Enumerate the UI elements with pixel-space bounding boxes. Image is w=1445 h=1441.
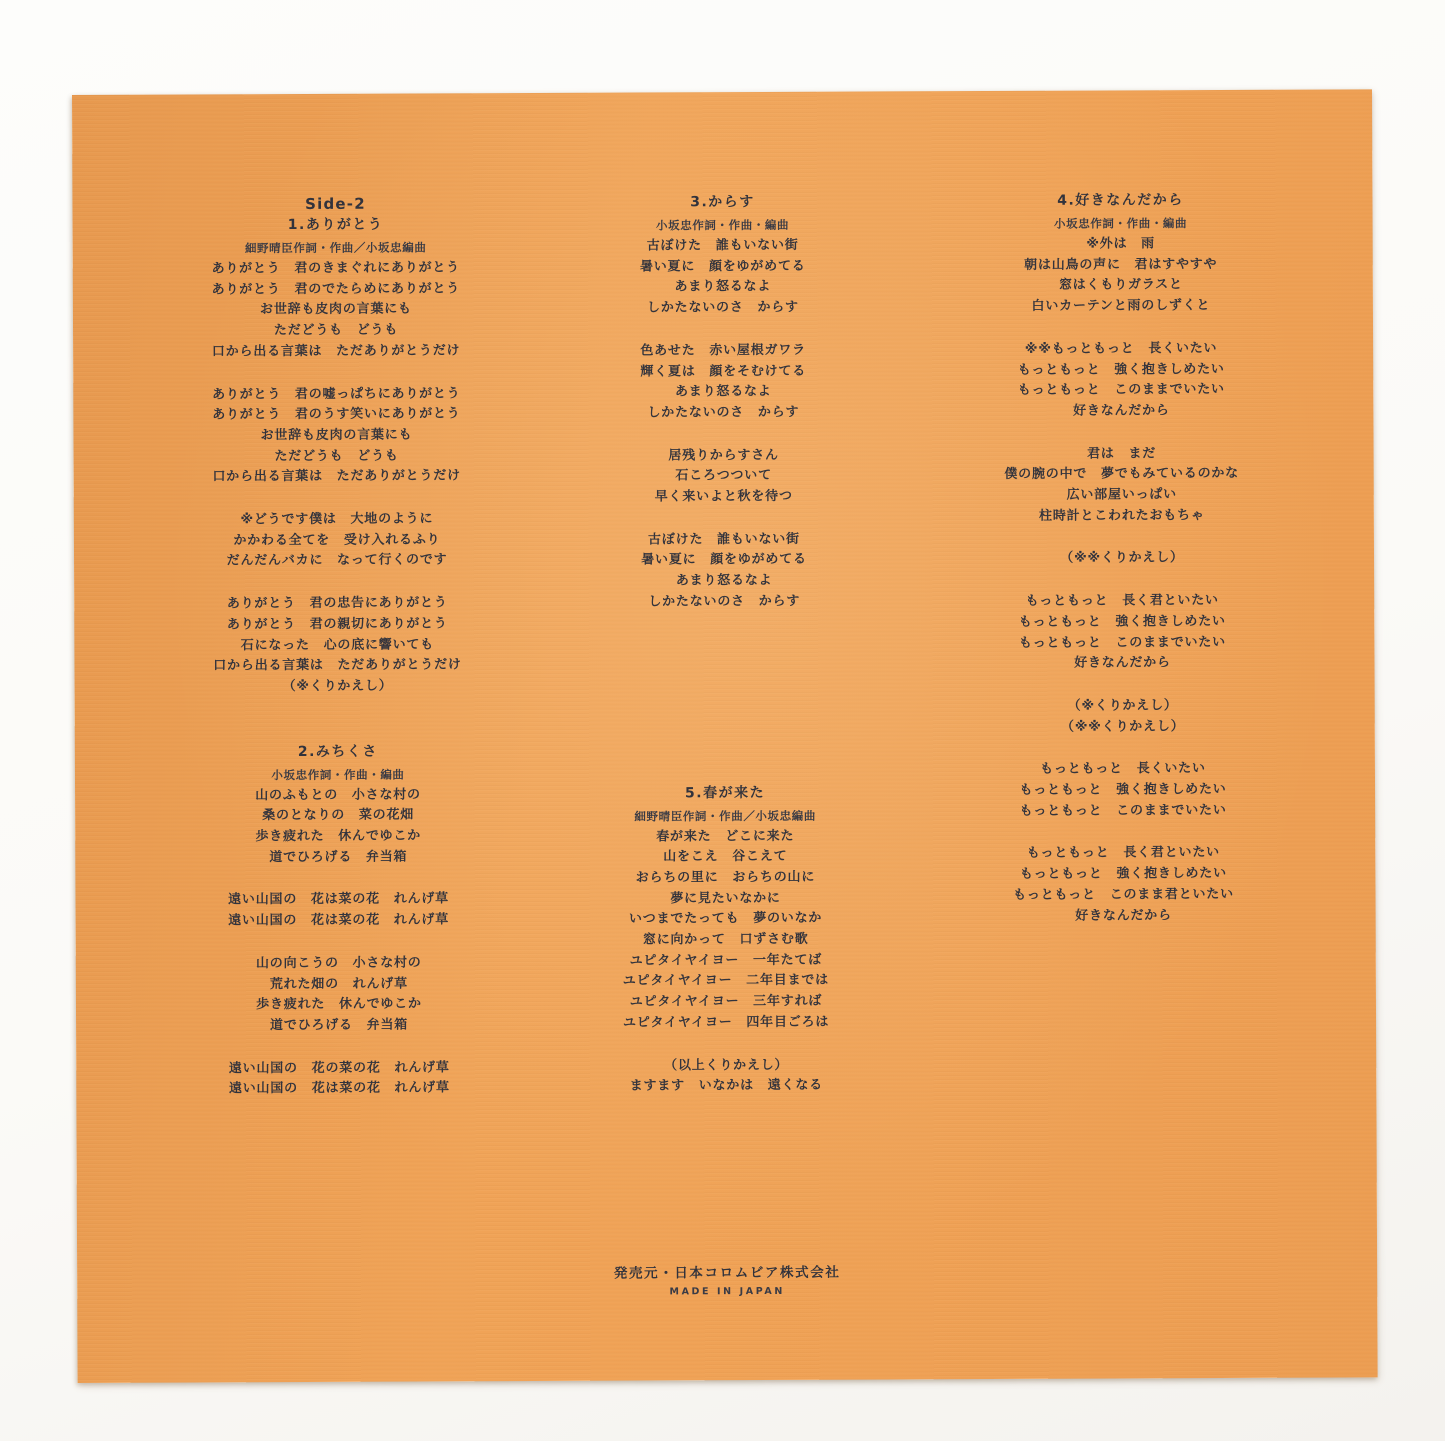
lyric-line: ありがとう 君の親切にありがとう (147, 614, 527, 636)
lyric-line: ありがとう 君のでたらめにありがとう (146, 279, 526, 301)
lyric-line: ユピタイヤイヨー 四年目ごろは (536, 1012, 916, 1034)
lyric-line: 山をこえ 谷こえて (535, 847, 915, 869)
lyric-line: もっともっと 長く君といたい (922, 591, 1322, 613)
lyric-line: 遠い山国の 花は菜の花 れんげ草 (149, 910, 529, 932)
lyric-line: あまり怒るなよ (533, 382, 913, 404)
lyric-line: 口から出る言葉は ただありがとうだけ (146, 341, 526, 363)
lyric-line: もっともっと 強く抱きしめたい (923, 780, 1323, 802)
lyric-line: 居残りからすさん (534, 445, 914, 467)
lyric-line: 道でひろげる 弁当箱 (149, 1015, 529, 1037)
lyric-line: 石になった 心の底に響いても (147, 635, 527, 657)
lyric-line: ありがとう 君のうす笑いにありがとう (146, 404, 526, 426)
lyric-line: 道でひろげる 弁当箱 (148, 847, 528, 869)
song3-title: 3.からす (532, 191, 912, 214)
lyric-line: ただどうも どうも (147, 446, 527, 468)
lyric-line: 石ころつついて (534, 466, 914, 488)
lyric-line: ※※もっともっと 長くいたい (921, 338, 1321, 360)
lyric-line: ありがとう 君の嘘っぱちにありがとう (146, 384, 526, 406)
lyric-line: （※※くりかえし） (923, 716, 1323, 738)
verse: 居残りからすさん石ころつついて早く来いよと秋を待つ (534, 445, 914, 509)
lyrics-column-1: Side-21.ありがとう細野晴臣作詞・作曲／小坂忠編曲ありがとう 君のきまぐれ… (145, 193, 529, 1101)
verse: 古ぼけた 誰もいない街暑い夏に 顔をゆがめてるあまり怒るなよしかたないのさ から… (534, 529, 914, 613)
lyric-line: 遠い山国の 花は菜の花 れんげ草 (149, 1078, 529, 1100)
verse: 山の向こうの 小さな村の荒れた畑の れんげ草歩き疲れた 休んでゆこか道でひろげる… (149, 953, 529, 1037)
verse: ありがとう 君の嘘っぱちにありがとうありがとう 君のうす笑いにありがとうお世辞も… (146, 384, 526, 489)
verse: 山のふもとの 小さな村の桑のとなりの 菜の花畑歩き疲れた 休んでゆこか道でひろげ… (148, 785, 528, 869)
lyric-line: （※※くりかえし） (922, 548, 1322, 570)
lyric-line: しかたないのさ からす (533, 297, 913, 319)
verse: ※外は 雨朝は山鳥の声に 君はすやすや窓はくもりガラスと白いカーテンと雨のしずく… (921, 234, 1321, 319)
side-label: Side-2 (145, 193, 525, 216)
verse: ありがとう 君の忠告にありがとうありがとう 君の親切にありがとう石になった 心の… (147, 593, 527, 698)
verse: 遠い山国の 花の菜の花 れんげ草遠い山国の 花は菜の花 れんげ草 (149, 1058, 529, 1101)
lyric-line: しかたないのさ からす (534, 591, 914, 613)
lyric-line: 柱時計とこわれたおもちゃ (922, 505, 1322, 527)
lyric-line: あまり怒るなよ (533, 277, 913, 299)
lyric-sheet-paper: Side-21.ありがとう細野晴臣作詞・作曲／小坂忠編曲ありがとう 君のきまぐれ… (72, 89, 1378, 1383)
lyric-line: もっともっと 強く抱きしめたい (923, 864, 1323, 886)
lyric-line: 好きなんだから (924, 905, 1324, 927)
lyric-line: もっともっと 強く抱きしめたい (921, 359, 1321, 381)
song1-credit: 細野晴臣作詞・作曲／小坂忠編曲 (146, 237, 526, 260)
lyric-line: もっともっと このままでいたい (922, 632, 1322, 654)
lyric-line: 早く来いよと秋を待つ (534, 486, 914, 508)
lyric-line: ありがとう 君のきまぐれにありがとう (146, 258, 526, 280)
publisher-line: 発売元・日本コロムビア株式会社 (77, 1261, 1377, 1285)
sheet-footer: 発売元・日本コロムビア株式会社 MADE IN JAPAN (77, 1261, 1377, 1302)
verse: （以上くりかえし）ますます いなかは 遠くなる (536, 1055, 916, 1098)
lyric-line: 夢に見たいなかに (535, 888, 915, 910)
lyric-line: 桑のとなりの 菜の花畑 (148, 805, 528, 827)
lyric-line: 口から出る言葉は ただありがとうだけ (147, 655, 527, 677)
verse: 遠い山国の 花は菜の花 れんげ草遠い山国の 花は菜の花 れんげ草 (148, 889, 528, 932)
lyric-line: お世辞も皮肉の言葉にも (146, 425, 526, 447)
lyric-line: 遠い山国の 花の菜の花 れんげ草 (149, 1058, 529, 1080)
lyric-line: 口から出る言葉は ただありがとうだけ (147, 466, 527, 488)
verse: ※どうです僕は 大地のようにかかわる全てを 受け入れるふりだんだんバカに なって… (147, 509, 527, 573)
lyric-line: 好きなんだから (921, 400, 1321, 422)
song4-credit: 小坂忠作詞・作曲・編曲 (921, 213, 1321, 236)
verse: （※※くりかえし） (922, 548, 1322, 570)
lyric-line: おらちの里に おらちの山に (535, 867, 915, 889)
lyric-line: もっともっと このまま君といたい (923, 884, 1323, 906)
song2-credit: 小坂忠作詞・作曲・編曲 (148, 764, 528, 787)
lyric-line: 古ぼけた 誰もいない街 (534, 529, 914, 551)
lyric-line: しかたないのさ からす (533, 402, 913, 424)
lyric-line: 白いカーテンと雨のしずくと (921, 296, 1321, 318)
lyric-line: いつまでたっても 夢のいなか (536, 909, 916, 931)
lyric-line: 歩き疲れた 休んでゆこか (148, 826, 528, 848)
lyric-line: 遠い山国の 花は菜の花 れんげ草 (148, 889, 528, 911)
lyric-line: 山の向こうの 小さな村の (149, 953, 529, 975)
lyric-line: 春が来た どこに来た (535, 826, 915, 848)
lyric-line: ただどうも どうも (146, 320, 526, 342)
verse: もっともっと 長く君といたいもっともっと 強く抱きしめたいもっともっと このまま… (922, 591, 1322, 676)
lyric-line: （※くりかえし） (148, 676, 528, 698)
lyric-line: 歩き疲れた 休んでゆこか (149, 994, 529, 1016)
lyric-line: ※外は 雨 (921, 234, 1321, 256)
song1-title: 1.ありがとう (146, 214, 526, 237)
lyric-line: 窓はくもりガラスと (921, 275, 1321, 297)
lyric-line: （以上くりかえし） (536, 1055, 916, 1077)
lyric-line: かかわる全てを 受け入れるふり (147, 530, 527, 552)
lyric-line: ますます いなかは 遠くなる (536, 1076, 916, 1098)
lyric-line: ありがとう 君の忠告にありがとう (147, 593, 527, 615)
lyric-line: 山のふもとの 小さな村の (148, 785, 528, 807)
lyric-line: 朝は山鳥の声に 君はすやすや (921, 254, 1321, 276)
lyric-line: もっともっと 長くいたい (923, 759, 1323, 781)
lyric-line: （※くりかえし） (923, 696, 1323, 718)
lyric-line: もっともっと 強く抱きしめたい (922, 611, 1322, 633)
verse: ※※もっともっと 長くいたいもっともっと 強く抱きしめたいもっともっと このまま… (921, 338, 1321, 423)
lyric-line: もっともっと このままでいたい (921, 380, 1321, 402)
lyric-line: 暑い夏に 顔をゆがめてる (534, 550, 914, 572)
lyric-line: ※どうです僕は 大地のように (147, 509, 527, 531)
lyric-line: 好きなんだから (922, 653, 1322, 675)
lyric-line: ユピタイヤイヨー 二年目までは (536, 971, 916, 993)
lyric-line: 輝く夏は 顔をそむけてる (533, 361, 913, 383)
song4-title: 4.好きなんだから (920, 190, 1320, 213)
lyric-line: 君は まだ (922, 443, 1322, 465)
lyric-line: あまり怒るなよ (534, 570, 914, 592)
verse: 君は まだ僕の腕の中で 夢でもみているのかな広い部屋いっぱい柱時計とこわれたおも… (922, 443, 1322, 528)
lyric-line: もっともっと このままでいたい (923, 800, 1323, 822)
song5-title: 5.春が来た (535, 782, 915, 805)
lyric-line: 僕の腕の中で 夢でもみているのかな (922, 464, 1322, 486)
lyric-line: ユピタイヤイヨー 一年たてば (536, 950, 916, 972)
lyric-line: 広い部屋いっぱい (922, 485, 1322, 507)
verse: ありがとう 君のきまぐれにありがとうありがとう 君のでたらめにありがとうお世辞も… (146, 258, 526, 363)
lyrics-column-2: 3.からす小坂忠作詞・作曲・編曲古ぼけた 誰もいない街暑い夏に 顔をゆがめてるあ… (532, 191, 916, 1098)
verse: 春が来た どこに来た山をこえ 谷こえておらちの里に おらちの山に夢に見たいなかに… (535, 826, 916, 1035)
lyric-line: ユピタイヤイヨー 三年すれば (536, 991, 916, 1013)
lyric-line: 窓に向かって 口ずさむ歌 (536, 929, 916, 951)
lyric-line: だんだんバカに なって行くのです (147, 550, 527, 572)
lyric-line: お世辞も皮肉の言葉にも (146, 299, 526, 321)
verse: （※くりかえし）（※※くりかえし） (923, 696, 1323, 739)
lyric-line: 古ぼけた 誰もいない街 (533, 235, 913, 257)
lyric-line: 暑い夏に 顔をゆがめてる (533, 256, 913, 278)
verse: もっともっと 長く君といたいもっともっと 強く抱きしめたいもっともっと このまま… (923, 843, 1323, 928)
lyric-line: もっともっと 長く君といたい (923, 843, 1323, 865)
lyric-line: 色あせた 赤い屋根ガワラ (533, 340, 913, 362)
verse: もっともっと 長くいたいもっともっと 強く抱きしめたいもっともっと このままでい… (923, 759, 1323, 823)
song3-credit: 小坂忠作詞・作曲・編曲 (533, 214, 913, 237)
lyric-line: 荒れた畑の れんげ草 (149, 974, 529, 996)
verse: 古ぼけた 誰もいない街暑い夏に 顔をゆがめてるあまり怒るなよしかたないのさ から… (533, 235, 913, 319)
verse: 色あせた 赤い屋根ガワラ輝く夏は 顔をそむけてるあまり怒るなよしかたないのさ か… (533, 340, 913, 424)
lyrics-column-3: 4.好きなんだから小坂忠作詞・作曲・編曲※外は 雨朝は山鳥の声に 君はすやすや窓… (920, 190, 1323, 928)
song5-credit: 細野晴臣作詞・作曲／小坂忠編曲 (535, 805, 915, 828)
made-in-japan-line: MADE IN JAPAN (77, 1282, 1377, 1302)
song2-title: 2.みちくさ (148, 741, 528, 764)
